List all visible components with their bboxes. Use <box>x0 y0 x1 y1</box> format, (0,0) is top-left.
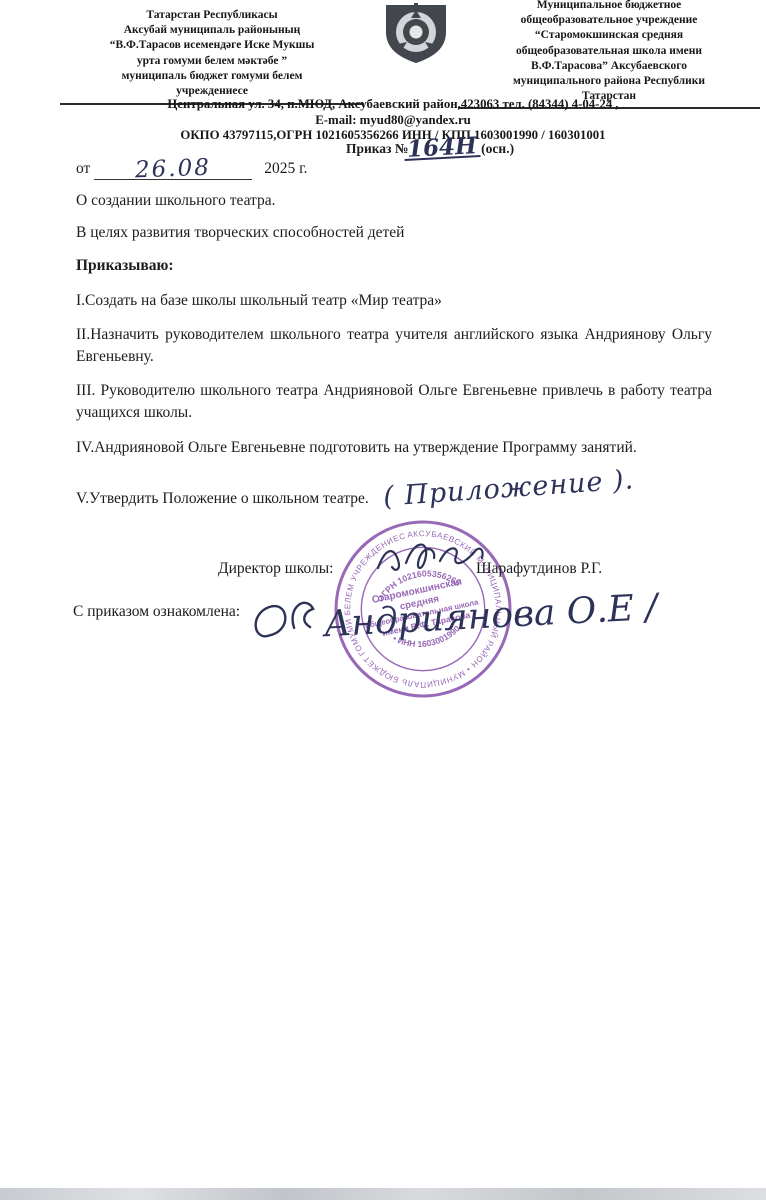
scan-edge-artifact <box>0 1188 766 1200</box>
letterhead-line: общеобразовательное учреждение <box>458 13 760 28</box>
letterhead-line: урта гомуми белем мәктәбе ” <box>60 54 364 69</box>
order-purpose: В целях развития творческих способностей… <box>76 222 712 244</box>
order-item-2: II.Назначить руководителем школьного теа… <box>76 324 712 369</box>
decree-heading: Приказываю: <box>76 255 712 277</box>
order-item-5: V.Утвердить Положение о школьном театре.… <box>76 475 712 514</box>
letterhead-tatar: Татарстан Республикасы Аксубай муниципал… <box>60 8 364 105</box>
letterhead-russian: Муниципальное бюджетное общеобразователь… <box>458 0 760 109</box>
letterhead-line: Муниципальное бюджетное <box>458 0 760 13</box>
ack-signature-text: Андриянова О.Е / <box>320 587 662 646</box>
order-subject: О создании школьного театра. <box>76 190 712 212</box>
date-year: 2025 г. <box>264 160 307 177</box>
appendix-handwritten: ( Приложение ). <box>382 460 635 517</box>
letterhead-line: “В.Ф.Тарасов исемендәге Иске Мукшы <box>60 38 364 53</box>
address-line: Центральная ул. 34, п.МЮД, Аксубаевский … <box>40 97 746 113</box>
date-handwritten-slot: 26.08 <box>94 153 252 180</box>
acknowledgment-signature: Андриянова О.Е / <box>248 576 718 661</box>
acknowledgment-label: С приказом ознакомлена: <box>73 603 240 621</box>
letterhead-line: общеобразовательная школа имени <box>458 44 760 59</box>
order-label: Приказ № <box>346 141 408 156</box>
order-number-handwritten: 164Н <box>404 137 481 161</box>
email-line: E-mail: myud80@yandex.ru <box>40 113 746 129</box>
letterhead-line: муниципального района Республики <box>458 74 760 89</box>
letterhead-line: В.Ф.Тарасова” Аксубаевского <box>458 59 760 74</box>
letterhead-line: Аксубай муниципаль районының <box>60 23 364 38</box>
coat-of-arms-icon <box>374 2 458 66</box>
order-date-line: от 26.082025 г. <box>76 153 308 180</box>
date-prefix: от <box>76 160 90 177</box>
order-suffix: (осн.) <box>481 141 514 156</box>
letterhead-line: “Старомокшинская средняя <box>458 28 760 43</box>
letterhead-line: муниципаль бюджет гомуми белем <box>60 69 364 84</box>
order-item-4: IV.Андрияновой Ольге Евгеньевне подготов… <box>76 437 712 459</box>
signature-area: АКСУБАЕВСКИЙ МУНИЦИПАЛЬНЫЙ РАЙОН • МУНИЦ… <box>0 516 766 731</box>
order-item-5-text: V.Утвердить Положение о школьном театре. <box>76 490 369 507</box>
order-item-1: I.Создать на базе школы школьный театр «… <box>76 290 712 312</box>
scanned-order-document: Татарстан Республикасы Аксубай муниципал… <box>0 0 766 1200</box>
date-handwritten: 26.08 <box>135 155 212 184</box>
order-item-3: III. Руководителю школьного театра Андри… <box>76 380 712 425</box>
letterhead-line: Татарстан Республикасы <box>60 8 364 23</box>
